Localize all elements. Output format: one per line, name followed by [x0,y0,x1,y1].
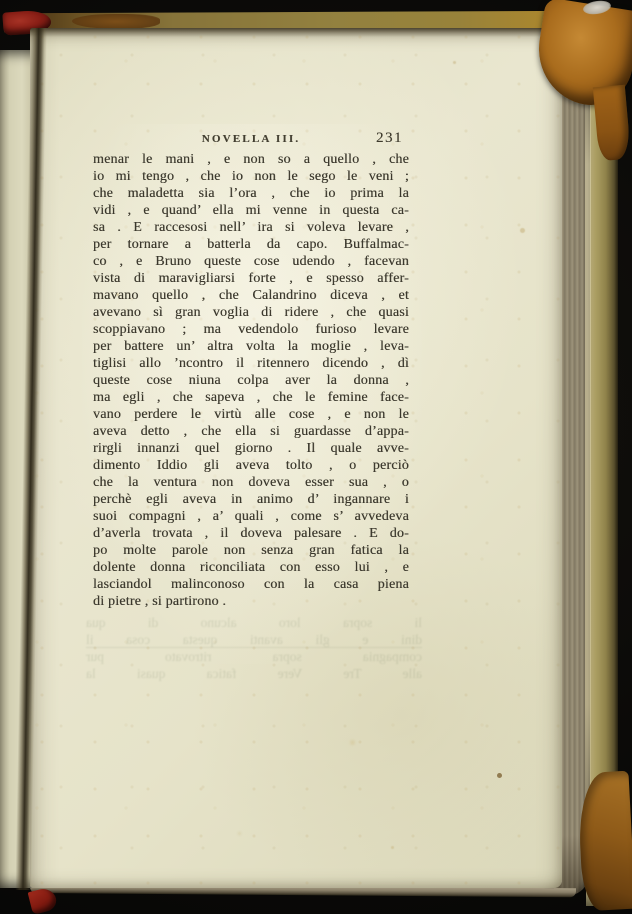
page-stack-highlight [585,40,591,870]
text-line: di pietre , si partirono . [93,593,409,610]
page-top-shadow [30,28,562,37]
text-line: tiglisi allo ’ncontro il ritennero dicen… [93,355,409,372]
page-number: 231 [376,130,403,147]
page-header: NOVELLA III. 231 [93,132,409,149]
text-line: avevano sì gran voglia di ridere , che q… [93,304,409,321]
text-line: suoi compagni , a’ quali , come s’ avved… [93,508,409,525]
text-line: che la ventura non doveva esser sua , o [93,474,409,491]
text-line: dimento Iddio gli aveva tolto , o perciò [93,457,409,474]
bleed-through-line: li sopra loro alcuno di qua [86,614,422,631]
text-line: po molte parole non senza gran fatica la [93,542,409,559]
text-line: sa . E raccesosi nell’ ira si voleva lev… [93,219,409,236]
bleed-through-text: li sopra loro alcuno di qua dini e gli a… [86,614,422,682]
text-line: vidi , e quand’ ella mi venne in questa … [93,202,409,219]
text-line: lasciandol malinconoso con la casa piena [93,576,409,593]
text-line: scoppiavano ; ma vedendolo furioso levar… [93,321,409,338]
text-line: menar le mani , e non so a quello , che [93,151,409,168]
text-line: vista di maravigliarsi forte , e spesso … [93,270,409,287]
book-photograph: li sopra loro alcuno di qua dini e gli a… [0,0,632,914]
bleed-through-line: dini e gli avanti questa cosa il [86,631,422,648]
text-line: che maladetta sia l’ora , che io prima l… [93,185,409,202]
cover-wear-blotch [72,14,160,29]
text-line: rirgli innanzi quel giorno . Il quale av… [93,440,409,457]
running-head: NOVELLA III. [93,133,409,145]
bleed-through-line: compagnia sopra ritrovato pur [86,648,422,665]
text-line: aveva detto , che ella si guardasse d’ap… [93,423,409,440]
printed-text-block: NOVELLA III. 231 menar le mani , e non s… [93,132,409,149]
text-line: perchè egli aveva in animo d’ ingannare … [93,491,409,508]
text-line: co , e Bruno queste cose udendo , faceva… [93,253,409,270]
text-line: queste cose niuna colpa aver la donna , [93,372,409,389]
text-line: ma egli , che sapeva , che le femine fac… [93,389,409,406]
text-line: per tornare a batterla da capo. Buffalma… [93,236,409,253]
text-line: mavano quello , che Calandrino diceva , … [93,287,409,304]
text-line: d’averla trovata , il doveva palesare . … [93,525,409,542]
text-line: io mi tengo , che io non le sego le veni… [93,168,409,185]
foxing-stains [497,773,502,778]
text-line: vano perdere le virtù alle cose , e non … [93,406,409,423]
text-line: dolente donna riconciliata con esso lui … [93,559,409,576]
text-line: per battere un’ altra volta la moglie , … [93,338,409,355]
bleed-through-line: alle Tre Vere fatica quasi la [86,665,422,682]
book-page: li sopra loro alcuno di qua dini e gli a… [30,28,562,888]
body-text: menar le mani , e non so a quello , che … [93,151,409,610]
